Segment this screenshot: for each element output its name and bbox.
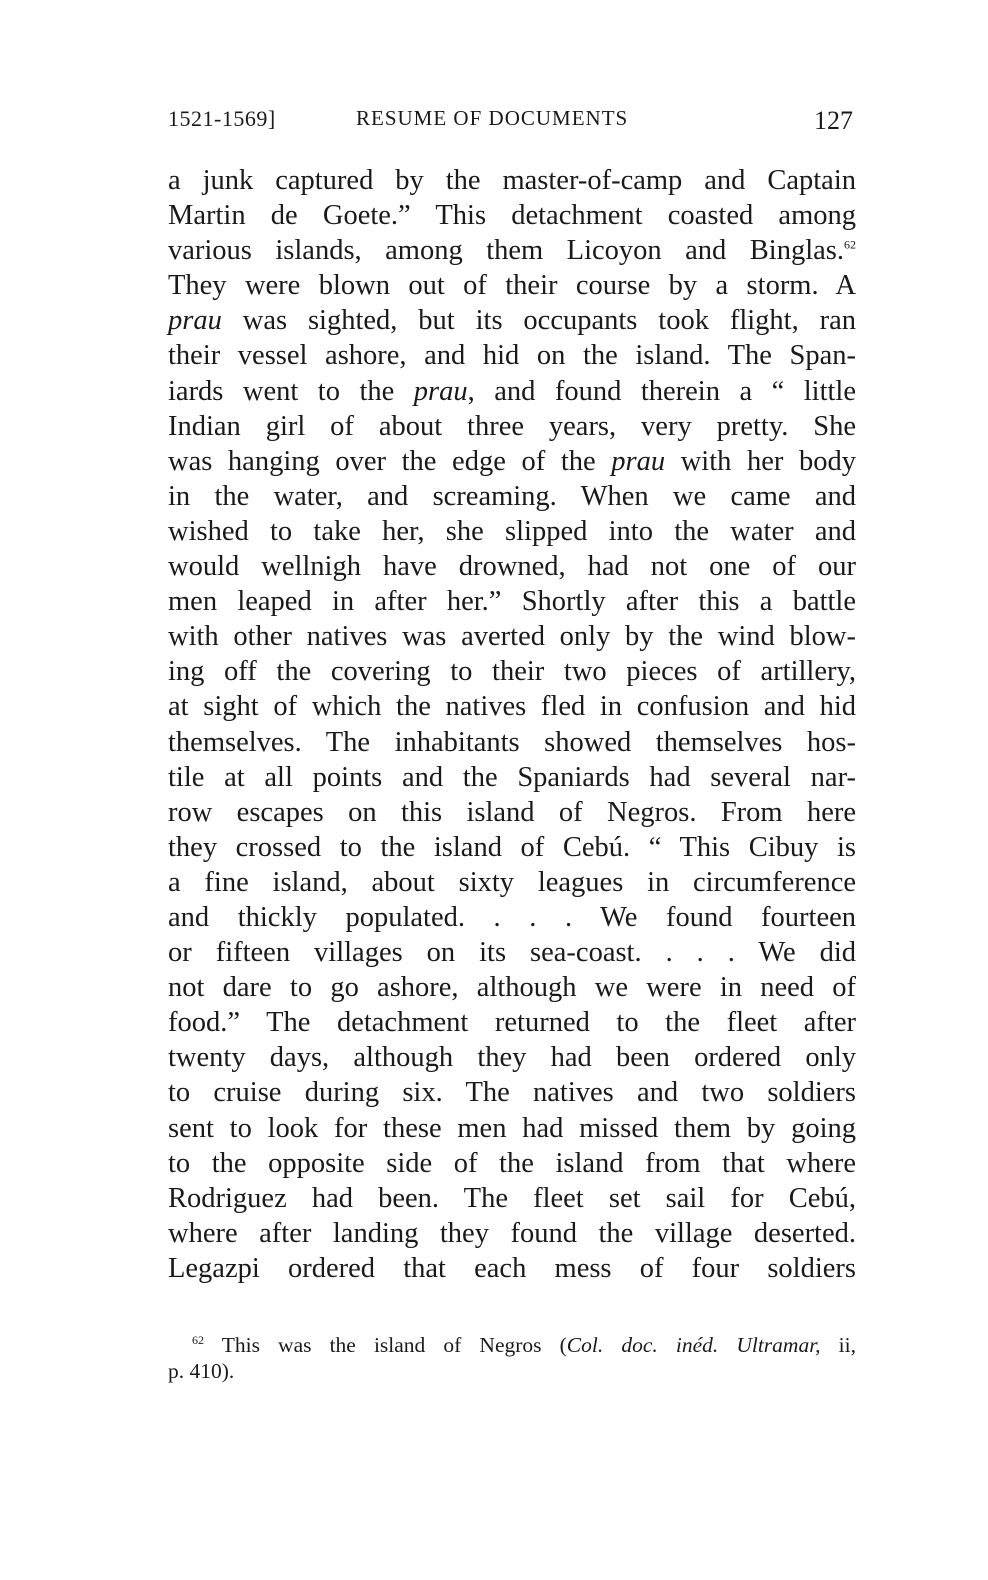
text-line: and thickly populated. . . . We found fo… <box>168 900 856 935</box>
footnote-ref: 62 <box>844 238 856 252</box>
text-line: various islands, among them Licoyon and … <box>168 233 856 268</box>
text-line: their vessel ashore, and hid on the isla… <box>168 338 856 373</box>
text-line: would wellnigh have drowned, had not one… <box>168 549 856 584</box>
text-line: in the water, and screaming. When we cam… <box>168 479 856 514</box>
page-number: 127 <box>814 106 853 136</box>
text-line: tile at all points and the Spaniards had… <box>168 760 856 795</box>
text-line: not dare to go ashore, although we were … <box>168 970 856 1005</box>
text-line: they crossed to the island of Cebú. “ Th… <box>168 830 856 865</box>
footnote-line: 62 This was the island of Negros (Col. d… <box>168 1332 856 1358</box>
text-line: where after landing they found the villa… <box>168 1216 856 1251</box>
text-line: at sight of which the natives fled in co… <box>168 689 856 724</box>
text-line: row escapes on this island of Negros. Fr… <box>168 795 856 830</box>
text-line: ing off the covering to their two pieces… <box>168 654 856 689</box>
footnote-line: p. 410). <box>168 1358 856 1384</box>
italic-word: prau <box>414 376 468 407</box>
text-line: Rodriguez had been. The fleet set sail f… <box>168 1181 856 1216</box>
footnote: 62 This was the island of Negros (Col. d… <box>168 1332 856 1384</box>
date-range: 1521-1569] <box>168 106 276 132</box>
text-line: to cruise during six. The natives and tw… <box>168 1075 856 1110</box>
text-line: prau was sighted, but its occupants took… <box>168 303 856 338</box>
text-line: twenty days, although they had been orde… <box>168 1040 856 1075</box>
text-line: themselves. The inhabitants showed thems… <box>168 725 856 760</box>
footnote-citation: Col. doc. inéd. Ultramar, <box>567 1333 821 1357</box>
text-line: Martin de Goete.” This detachment coaste… <box>168 198 856 233</box>
footnote-marker: 62 <box>192 1333 204 1347</box>
text-line: to the opposite side of the island from … <box>168 1146 856 1181</box>
book-page: 1521-1569] RESUME OF DOCUMENTS 127 a jun… <box>0 0 988 1580</box>
text-line: a junk captured by the master-of-camp an… <box>168 163 856 198</box>
running-title: RESUME OF DOCUMENTS <box>356 106 628 131</box>
italic-word: prau <box>611 446 665 477</box>
body-text: a junk captured by the master-of-camp an… <box>168 163 856 1286</box>
text-line: Indian girl of about three years, very p… <box>168 409 856 444</box>
text-line: or fifteen villages on its sea-coast. . … <box>168 935 856 970</box>
running-header: 1521-1569] RESUME OF DOCUMENTS 127 <box>168 106 853 136</box>
text-line: They were blown out of their course by a… <box>168 268 856 303</box>
text-line: with other natives was averted only by t… <box>168 619 856 654</box>
text-line: iards went to the prau, and found therei… <box>168 374 856 409</box>
text-line: wished to take her, she slipped into the… <box>168 514 856 549</box>
italic-word: prau <box>168 305 222 336</box>
text-line: sent to look for these men had missed th… <box>168 1111 856 1146</box>
text-line: was hanging over the edge of the prau wi… <box>168 444 856 479</box>
text-line: a fine island, about sixty leagues in ci… <box>168 865 856 900</box>
text-line: men leaped in after her.” Shortly after … <box>168 584 856 619</box>
text-line: food.” The detachment returned to the fl… <box>168 1005 856 1040</box>
text-line: Legazpi ordered that each mess of four s… <box>168 1251 856 1286</box>
